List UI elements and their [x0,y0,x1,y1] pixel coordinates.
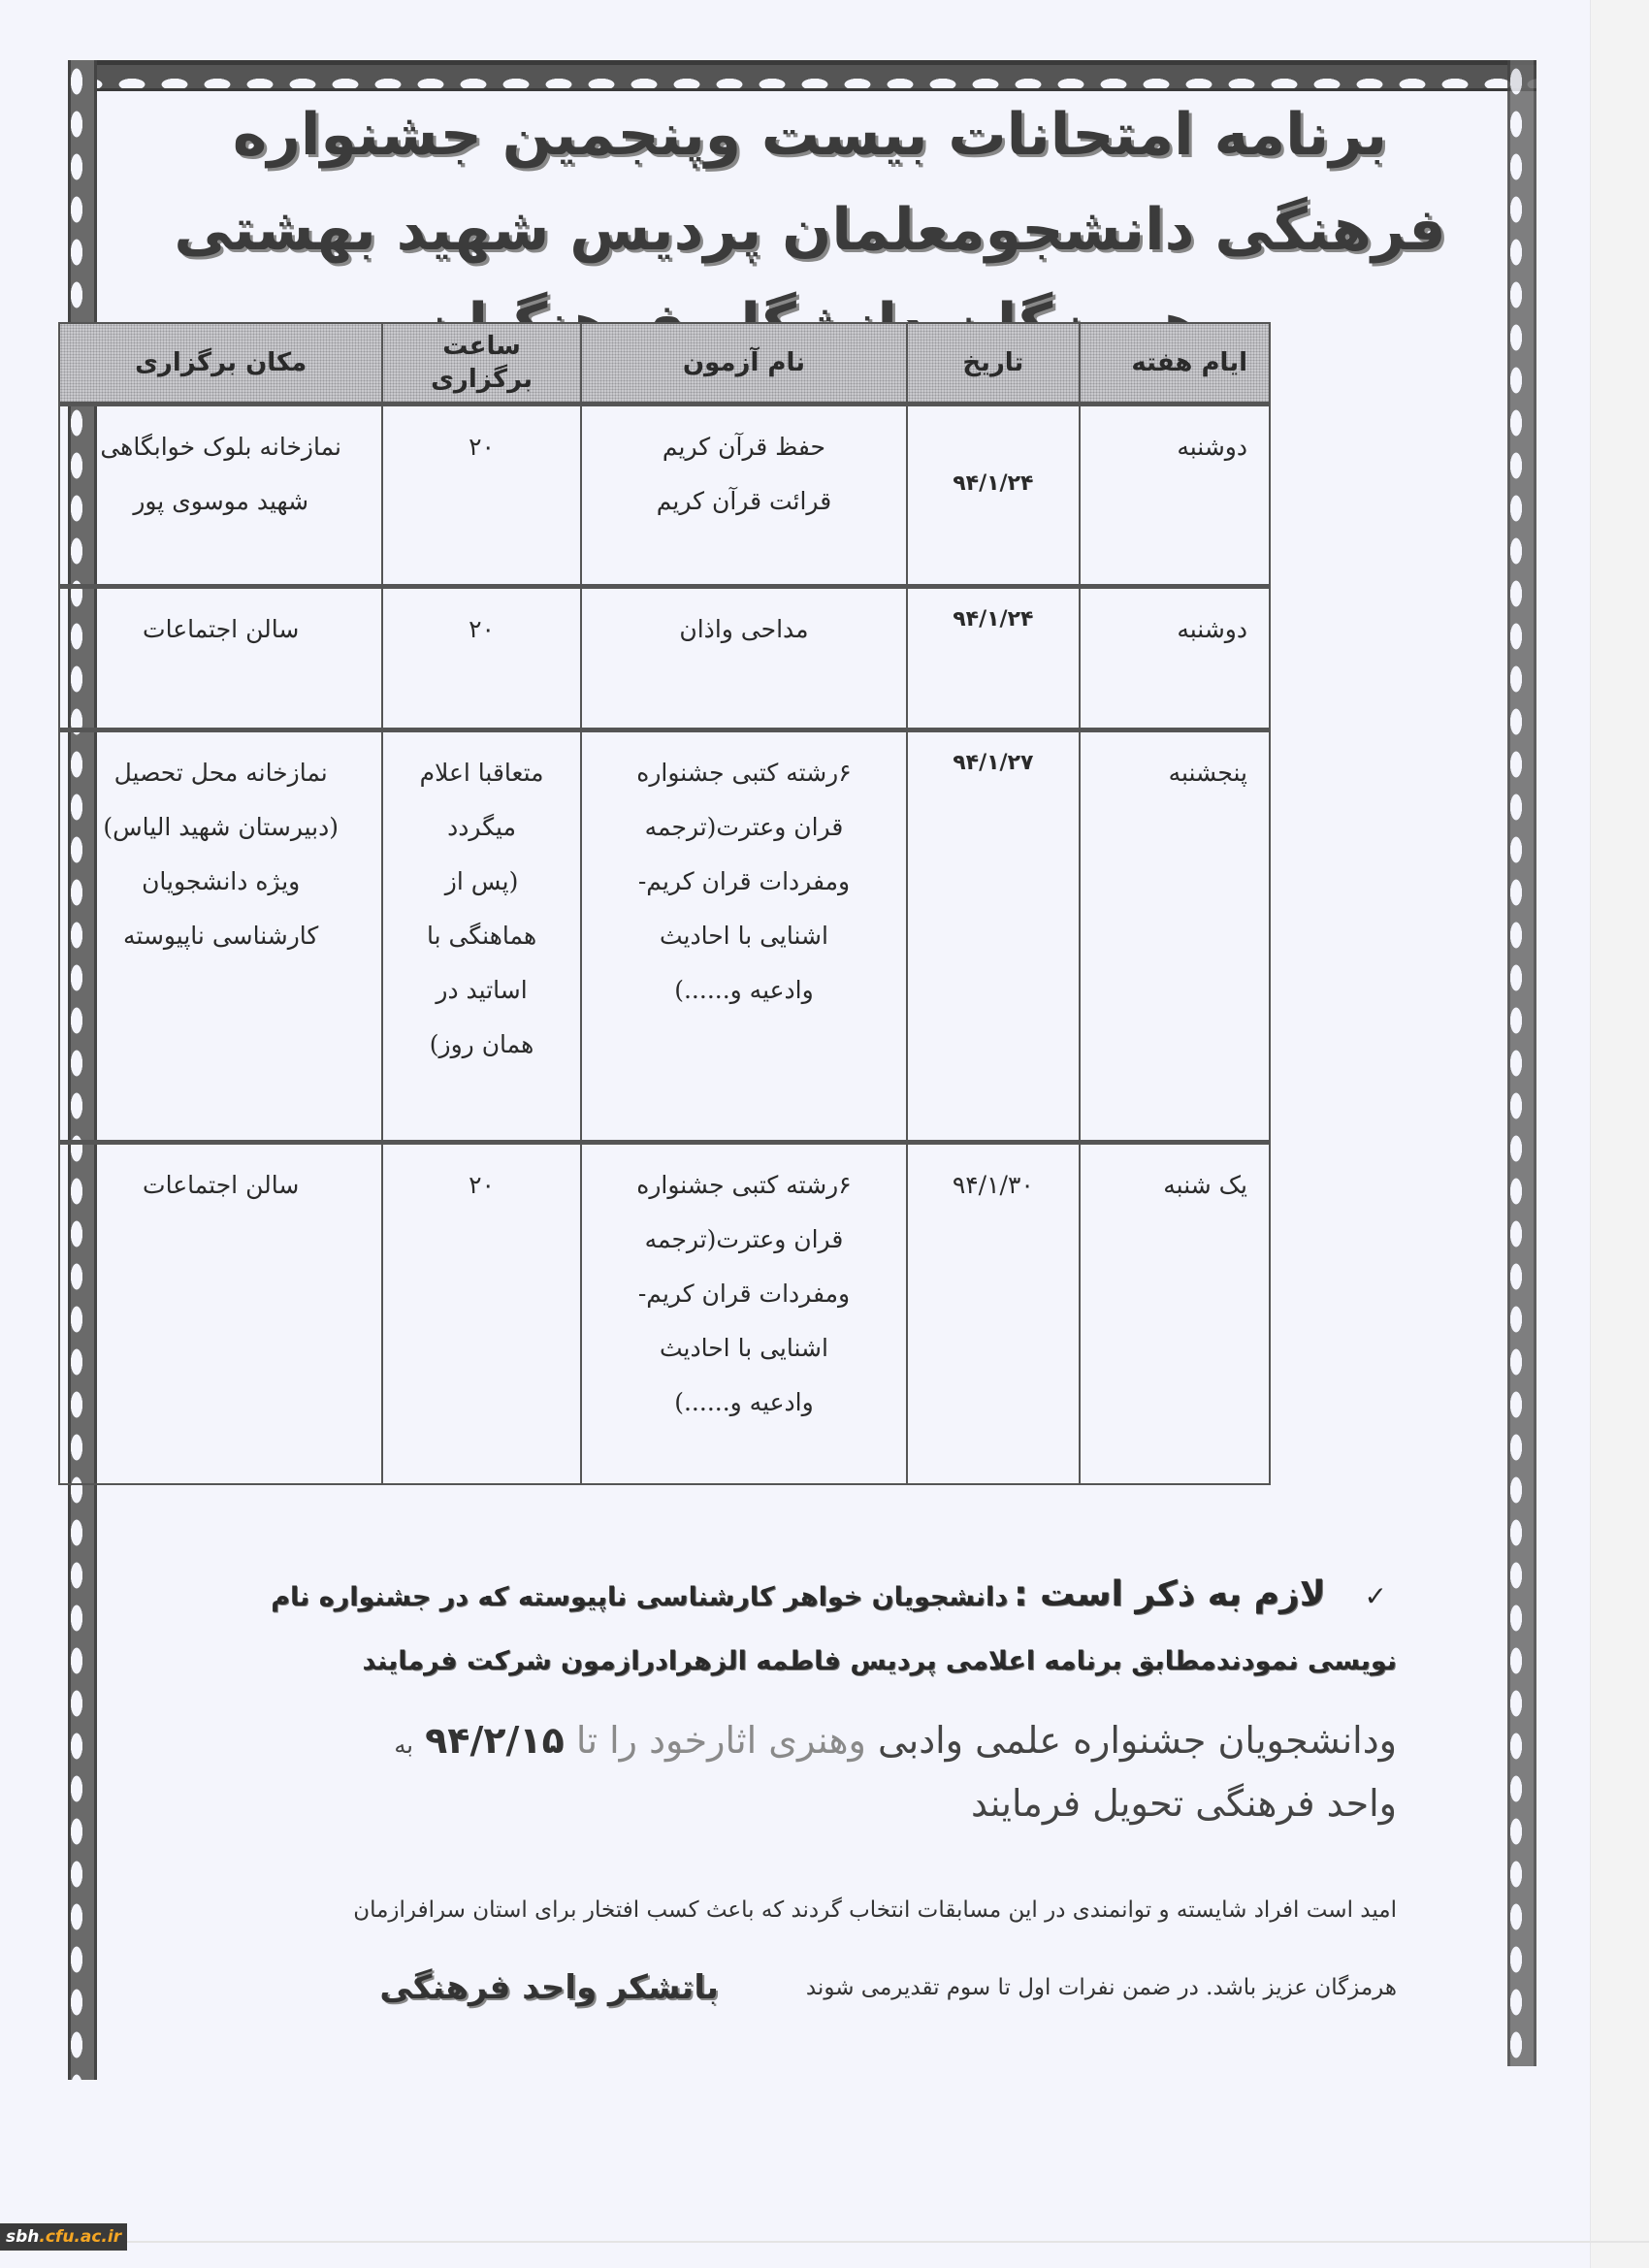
note-line-2: نویسی نمودندمطابق برنامه اعلامی پردیس فا… [145,1634,1397,1690]
exam-line: وادعیه و......) [592,1376,896,1430]
exam-schedule-table: ایام هفته تاریخ نام آزمون ساعت برگزاری م… [58,322,1271,1485]
exam-line: قرائت قرآن کریم [592,474,896,529]
header-exam: نام آزمون [581,323,907,405]
exam-line: ومفردات قران کریم- [592,1267,896,1321]
cell-exam: مداحی واذان [581,587,907,730]
watermark-part-2: .cfu.ac.ir [39,2227,121,2247]
exam-line: قران وعترت(ترجمه [592,800,896,855]
place-line: نمازخانه محل تحصیل [70,746,372,800]
exam-line: اشنایی با احادیث [592,909,896,963]
header-day: ایام هفته [1080,323,1270,405]
time-line: میگردد [393,800,569,855]
place-line: شهید موسوی پور [70,474,372,529]
exam-line: ۶رشته کتبی جشنواره [592,1158,896,1213]
cell-place: نمازخانه محل تحصیل (دبیرستان شهید الیاس)… [59,730,382,1143]
place-line: سالن اجتماعات [70,602,372,657]
exam-line: ۶رشته کتبی جشنواره [592,746,896,800]
closing-line-2: هرمزگان عزیز باشد. در ضمن نفرات اول تا س… [145,1949,1397,2026]
place-line: کارشناسی ناپیوسته [70,909,372,963]
watermark-part-1: sbh [6,2227,39,2247]
cell-time: ۲۰ [382,1143,580,1484]
time-line: ۲۰ [393,1158,569,1213]
time-line: (پس از [393,855,569,909]
cell-time: ۲۰ [382,405,580,587]
closing-text: هرمزگان عزیز باشد. در ضمن نفرات اول تا س… [806,1949,1397,2026]
title-line-2: فرهنگی دانشجومعلمان پردیس شهید بهشتی [97,182,1523,277]
cell-place: سالن اجتماعات [59,587,382,730]
note-text-faded: وهنری اثارخود را تا [576,1719,866,1762]
deadline-date: ۹۴/۲/۱۵ [425,1719,565,1762]
closing-paragraph: امید است افراد شایسته و توانمندی در این … [145,1871,1397,2026]
time-line: ۲۰ [393,420,569,474]
time-line: متعاقبا اعلام [393,746,569,800]
signature: باتشکر واحد فرهنگی [379,1949,718,2026]
note-line-4: واحد فرهنگی تحویل فرمایند [145,1774,1397,1832]
place-line: ویژه دانشجویان [70,855,372,909]
exam-line: مداحی واذان [592,602,896,657]
cell-time: ۲۰ [382,587,580,730]
table-row: دوشنبه ۹۴/۱/۲۴ مداحی واذان ۲۰ سالن اجتما… [59,587,1270,730]
scan-bottom-edge [0,2241,1649,2243]
cell-day: دوشنبه [1080,587,1270,730]
time-line: همان روز) [393,1018,569,1072]
cell-date: ۹۴/۱/۲۴ [907,587,1079,730]
cell-exam: حفظ قرآن کریم قرائت قرآن کریم [581,405,907,587]
time-line: ۲۰ [393,602,569,657]
cell-day: پنجشنبه [1080,730,1270,1143]
title-line-1: برنامه امتحانات بیست وپنجمین جشنواره [97,87,1523,182]
cell-time: متعاقبا اعلام میگردد (پس از هماهنگی با ا… [382,730,580,1143]
cell-date: ۹۴/۱/۳۰ [907,1143,1079,1484]
cell-date: ۹۴/۱/۲۴ [907,405,1079,587]
scan-edge-strip [1590,0,1649,2268]
checkmark-icon: ✓ [1365,1569,1387,1625]
site-watermark: sbh.cfu.ac.ir [0,2223,127,2251]
table-row: یک شنبه ۹۴/۱/۳۰ ۶رشته کتبی جشنواره قران … [59,1143,1270,1484]
notes-section: ✓لازم به ذکر است :دانشجویان خواهر کارشنا… [145,1567,1397,2026]
header-place: مکان برگزاری [59,323,382,405]
note-lead: لازم به ذکر است : [1014,1574,1325,1614]
exam-line: اشنایی با احادیث [592,1321,896,1376]
cell-place: سالن اجتماعات [59,1143,382,1484]
header-time: ساعت برگزاری [382,323,580,405]
cell-exam: ۶رشته کتبی جشنواره قران وعترت(ترجمه ومفر… [581,1143,907,1484]
note-text: به [394,1732,413,1759]
place-line: (دبیرستان شهید الیاس) [70,800,372,855]
place-line: سالن اجتماعات [70,1158,372,1213]
cell-day: دوشنبه [1080,405,1270,587]
header-date: تاریخ [907,323,1079,405]
note-line-1: ✓لازم به ذکر است :دانشجویان خواهر کارشنا… [145,1567,1397,1626]
table-row: دوشنبه ۹۴/۱/۲۴ حفظ قرآن کریم قرائت قرآن … [59,405,1270,587]
table-row: پنجشنبه ۹۴/۱/۲۷ ۶رشته کتبی جشنواره قران … [59,730,1270,1143]
exam-line: ومفردات قران کریم- [592,855,896,909]
place-line: نمازخانه بلوک خوابگاهی [70,420,372,474]
cell-exam: ۶رشته کتبی جشنواره قران وعترت(ترجمه ومفر… [581,730,907,1143]
closing-line-1: امید است افراد شایسته و توانمندی در این … [145,1871,1397,1949]
cell-date: ۹۴/۱/۲۷ [907,730,1079,1143]
table-header-row: ایام هفته تاریخ نام آزمون ساعت برگزاری م… [59,323,1270,405]
note-line-3: ودانشجویان جشنواره علمی وادبی وهنری اثار… [145,1711,1397,1774]
exam-line: قران وعترت(ترجمه [592,1213,896,1267]
time-line: هماهنگی با [393,909,569,963]
date-value: ۹۴/۱/۲۴ [918,420,1068,511]
exam-line: وادعیه و......) [592,963,896,1018]
note-text: ودانشجویان جشنواره علمی وادبی [866,1719,1397,1762]
note-text: دانشجویان خواهر کارشناسی ناپیوسته که در … [271,1582,1008,1612]
exam-line: حفظ قرآن کریم [592,420,896,474]
time-line: اساتید در [393,963,569,1018]
cell-day: یک شنبه [1080,1143,1270,1484]
cell-place: نمازخانه بلوک خوابگاهی شهید موسوی پور [59,405,382,587]
